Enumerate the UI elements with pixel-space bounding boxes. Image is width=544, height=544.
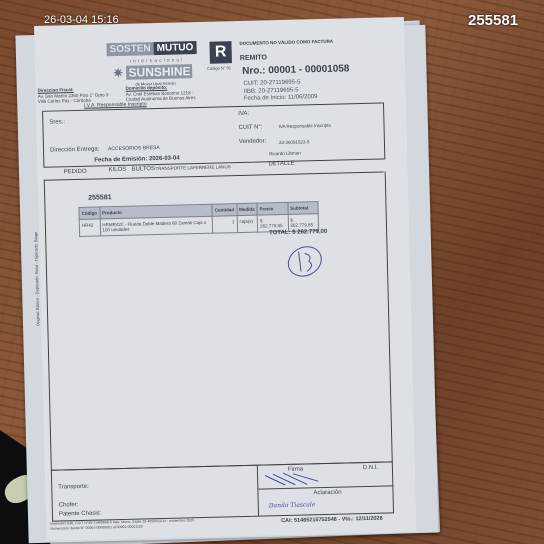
cell-qty: 1 — [213, 216, 238, 234]
col-header: Precio — [257, 202, 288, 215]
cell-code: HR42 — [79, 219, 100, 236]
clarification-handwritten: Danilo Tiascale — [269, 501, 316, 509]
cuit-label: CUIT N°: — [238, 124, 262, 131]
col-header: Subtotal — [287, 202, 318, 215]
seller-name: Ricardo Libman — [269, 151, 301, 157]
col-header: Código — [79, 207, 100, 219]
cell-product: HRMR42C - Rueda Doble Madera 80 Zamak Ca… — [100, 216, 213, 236]
initials-signature — [284, 241, 325, 282]
signature-area: Firma D.N.I. Aclaración Danilo Tiascale — [257, 462, 394, 515]
remito-document: SOSTENMUTUO internacional ✷ SUNSHINE de … — [34, 17, 416, 541]
logo-sosten-mutuo: SOSTENMUTUO — [106, 42, 196, 55]
doc-type: REMITO — [240, 54, 267, 62]
seller-value: 23-36091523-9 — [279, 139, 310, 145]
signature-scribble — [263, 470, 323, 487]
delivery-label: Dirección Entrega: — [50, 146, 99, 153]
order-ref: 255581 — [88, 194, 112, 202]
cuit-value: IVA Responsable Inscripto — [278, 123, 331, 129]
photo-timestamp: 26-03-04 15:16 — [44, 14, 119, 26]
seller-label: Vendedor: — [239, 138, 266, 145]
sun-icon: ✷ — [113, 66, 123, 80]
not-valid-notice: DOCUMENTO NO VÁLIDO COMO FACTURA — [239, 39, 333, 46]
doc-letter: R — [209, 41, 232, 64]
logo-sunshine: ✷ SUNSHINE — [113, 64, 193, 80]
col-header: Medida — [236, 203, 257, 215]
doc-number: Nro.: 00001 - 00001058 — [242, 63, 350, 77]
doc-letter-code: Código N° 91 — [207, 65, 231, 71]
cell-unit: caja(x) — [237, 215, 258, 232]
photo-id: 255581 — [468, 12, 518, 29]
delivery-value: ACCESORIOS BRESA — [108, 145, 160, 152]
sres-label: Sres.: — [49, 119, 65, 125]
iva-label: IVA: — [238, 111, 249, 117]
transport-box: Transporte: Chofer: Patente Chasis: Firm… — [51, 461, 394, 521]
issuer-tax-info: CUIT: 20-27119695-5 IIBB: 20-27119695-5 … — [243, 79, 317, 103]
col-header: Cantidad — [212, 204, 237, 217]
copy-legend: Original: Blanco - Duplicado: Rosa - Tri… — [33, 232, 40, 326]
cai-number: CAI: 51465215752548 - Vto.: 12/11/2026 — [281, 516, 383, 524]
